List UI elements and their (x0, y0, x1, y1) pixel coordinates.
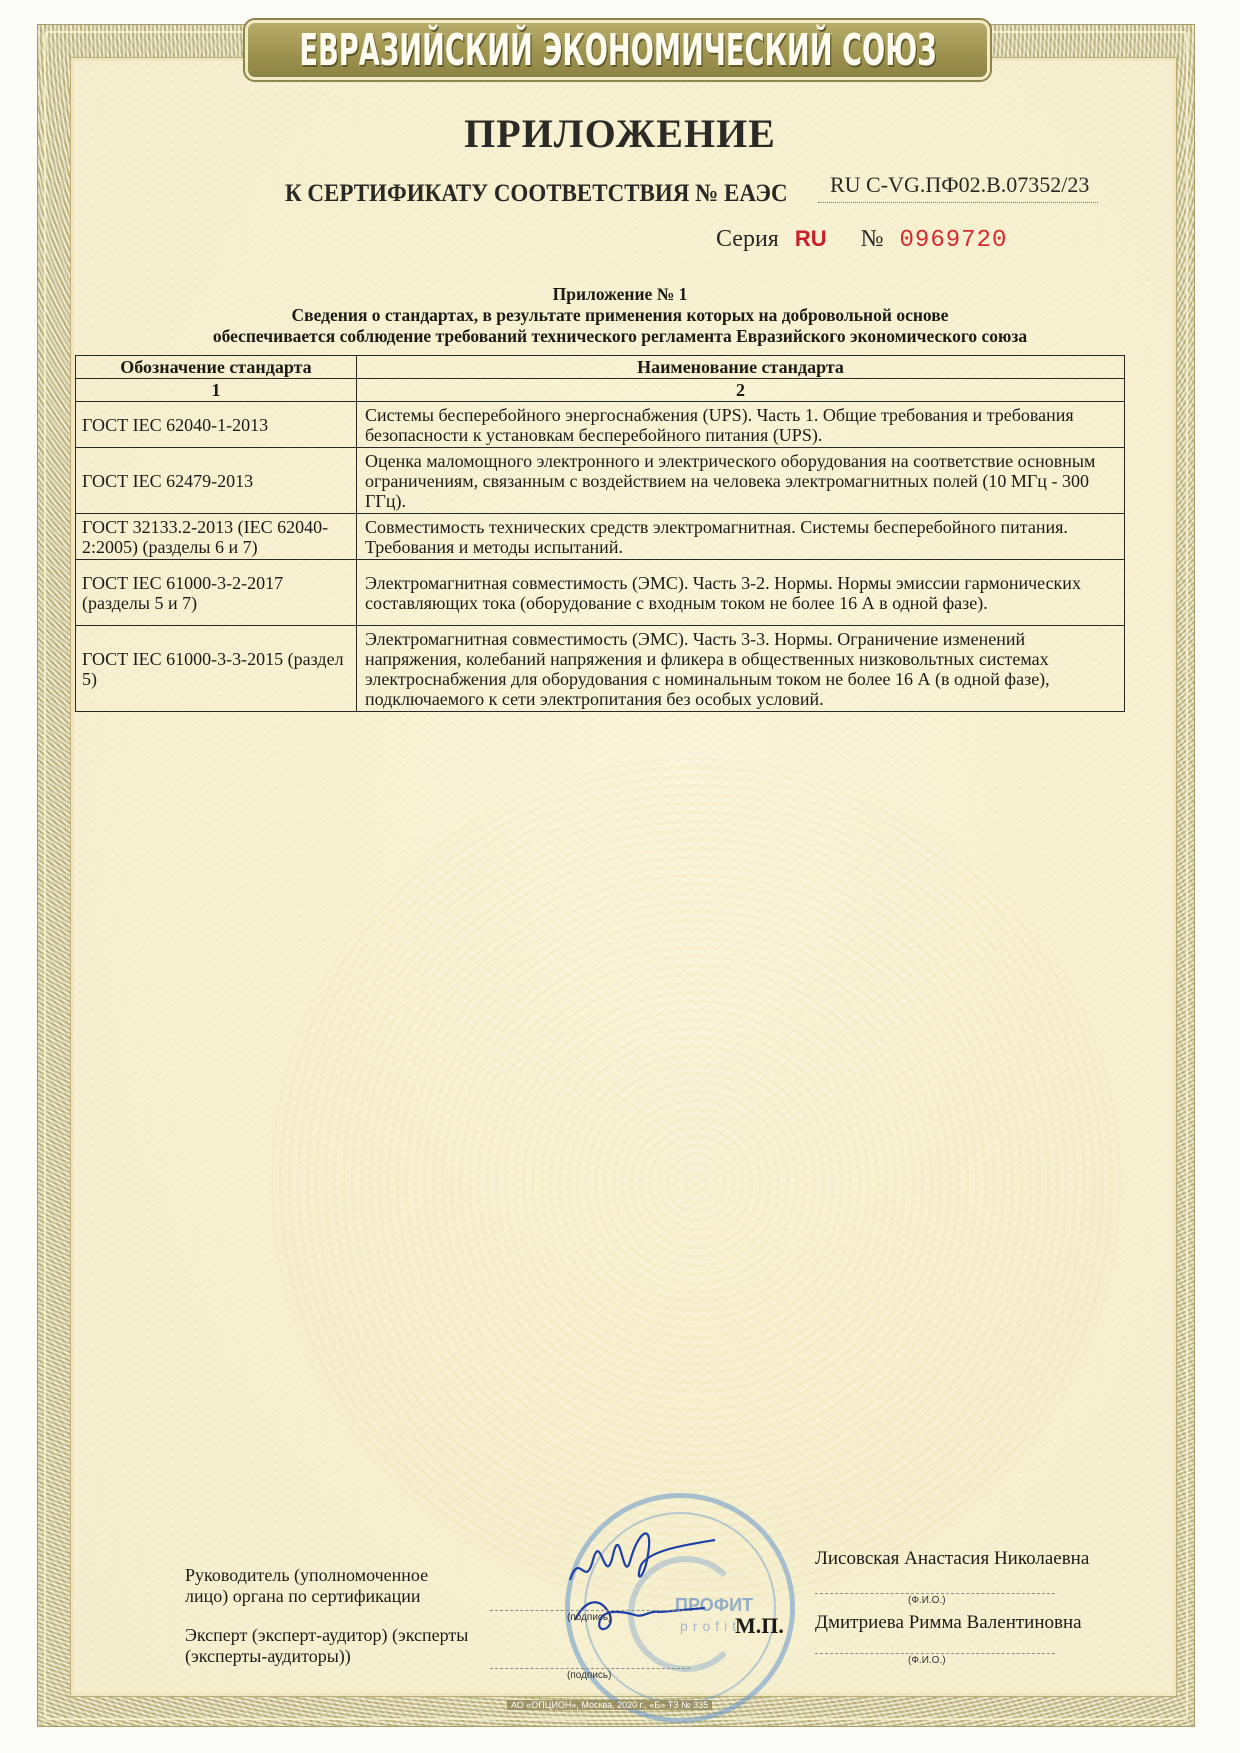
appendix-description-line-2: обеспечивается соблюдение требований тех… (0, 326, 1240, 347)
certificate-reference: К СЕРТИФИКАТУ СООТВЕТСТВИЯ № ЕАЭС RU C-V… (285, 180, 831, 208)
expert-name-caption: (Ф.И.О.) (908, 1655, 946, 1666)
table-row: ГОСТ IEC 61000-3-3-2015 (раздел 5) Элект… (76, 626, 1125, 712)
column-header-name: Наименование стандарта (357, 356, 1125, 379)
table-row: ГОСТ IEC 62479-2013 Оценка маломощного э… (76, 448, 1125, 514)
head-signature-line (490, 1610, 690, 1611)
standard-name: Совместимость технических средств электр… (357, 514, 1125, 560)
standard-designation: ГОСТ 32133.2-2013 (IEC 62040-2:2005) (ра… (76, 514, 357, 560)
standards-table: Обозначение стандарта Наименование станд… (75, 355, 1125, 712)
standard-name: Электромагнитная совместимость (ЭМС). Ча… (357, 560, 1125, 626)
expert-signature-line (490, 1668, 690, 1669)
document-title: ПРИЛОЖЕНИЕ (0, 110, 1240, 157)
standard-designation: ГОСТ IEC 61000-3-3-2015 (раздел 5) (76, 626, 357, 712)
standard-designation: ГОСТ IEC 62479-2013 (76, 448, 357, 514)
expert-signature-caption: (подпись) (567, 1670, 611, 1681)
column-number-1: 1 (76, 379, 357, 402)
stamp-place-mark: М.П. (735, 1613, 784, 1639)
certificate-number-underline (818, 202, 1098, 203)
expert-name-line (815, 1653, 1055, 1654)
guilloche-watermark (271, 758, 1121, 1608)
signature-roles: Руководитель (уполномоченное лицо) орган… (185, 1565, 475, 1685)
column-header-designation: Обозначение стандарта (76, 356, 357, 379)
number-sign: № (861, 226, 884, 252)
expert-role-label: Эксперт (эксперт-аудитор) (эксперты (экс… (185, 1625, 475, 1667)
series-code: RU (795, 226, 827, 251)
head-full-name: Лисовская Анастасия Николаевна (815, 1548, 1089, 1570)
head-name-line (815, 1593, 1055, 1594)
head-role-label: Руководитель (уполномоченное лицо) орган… (185, 1565, 455, 1607)
certificate-number: RU C-VG.ПФ02.В.07352/23 (830, 172, 1089, 198)
table-row: ГОСТ IEC 62040-1-2013 Системы бесперебой… (76, 402, 1125, 448)
head-signature-caption: (подпись) (567, 1612, 611, 1623)
series-number: 0969720 (900, 227, 1008, 254)
column-number-2: 2 (357, 379, 1125, 402)
series-label: Серия (716, 226, 779, 252)
standard-name: Системы бесперебойного энергоснабжения (… (357, 402, 1125, 448)
banner-plaque: ЕВРАЗИЙСКИЙ ЭКОНОМИЧЕСКИЙ СОЮЗ (245, 20, 990, 80)
standard-designation: ГОСТ IEC 61000-3-2-2017 (разделы 5 и 7) (76, 560, 357, 626)
standard-name: Оценка маломощного электронного и электр… (357, 448, 1125, 514)
table-row: ГОСТ IEC 61000-3-2-2017 (разделы 5 и 7) … (76, 560, 1125, 626)
head-name-caption: (Ф.И.О.) (908, 1595, 946, 1606)
table-row: ГОСТ 32133.2-2013 (IEC 62040-2:2005) (ра… (76, 514, 1125, 560)
standard-designation: ГОСТ IEC 62040-1-2013 (76, 402, 357, 448)
appendix-description-line-1: Сведения о стандартах, в результате прим… (0, 305, 1240, 326)
expert-full-name: Дмитриева Римма Валентиновна (815, 1612, 1082, 1634)
table-header-row: Обозначение стандарта Наименование станд… (76, 356, 1125, 379)
series-line: Серия RU № 0969720 (716, 226, 1007, 254)
handwritten-signatures (565, 1520, 745, 1650)
banner-text: ЕВРАЗИЙСКИЙ ЭКОНОМИЧЕСКИЙ СОЮЗ (299, 25, 936, 76)
appendix-heading-block: Приложение № 1 Сведения о стандартах, в … (0, 284, 1240, 347)
printer-imprint: АО «ОПЦИОН», Москва, 2020 г., «Б» ТЗ № 3… (507, 1700, 712, 1710)
certificate-label: К СЕРТИФИКАТУ СООТВЕТСТВИЯ № ЕАЭС (285, 180, 788, 208)
column-number-row: 1 2 (76, 379, 1125, 402)
appendix-heading: Приложение № 1 (0, 284, 1240, 305)
standard-name: Электромагнитная совместимость (ЭМС). Ча… (357, 626, 1125, 712)
